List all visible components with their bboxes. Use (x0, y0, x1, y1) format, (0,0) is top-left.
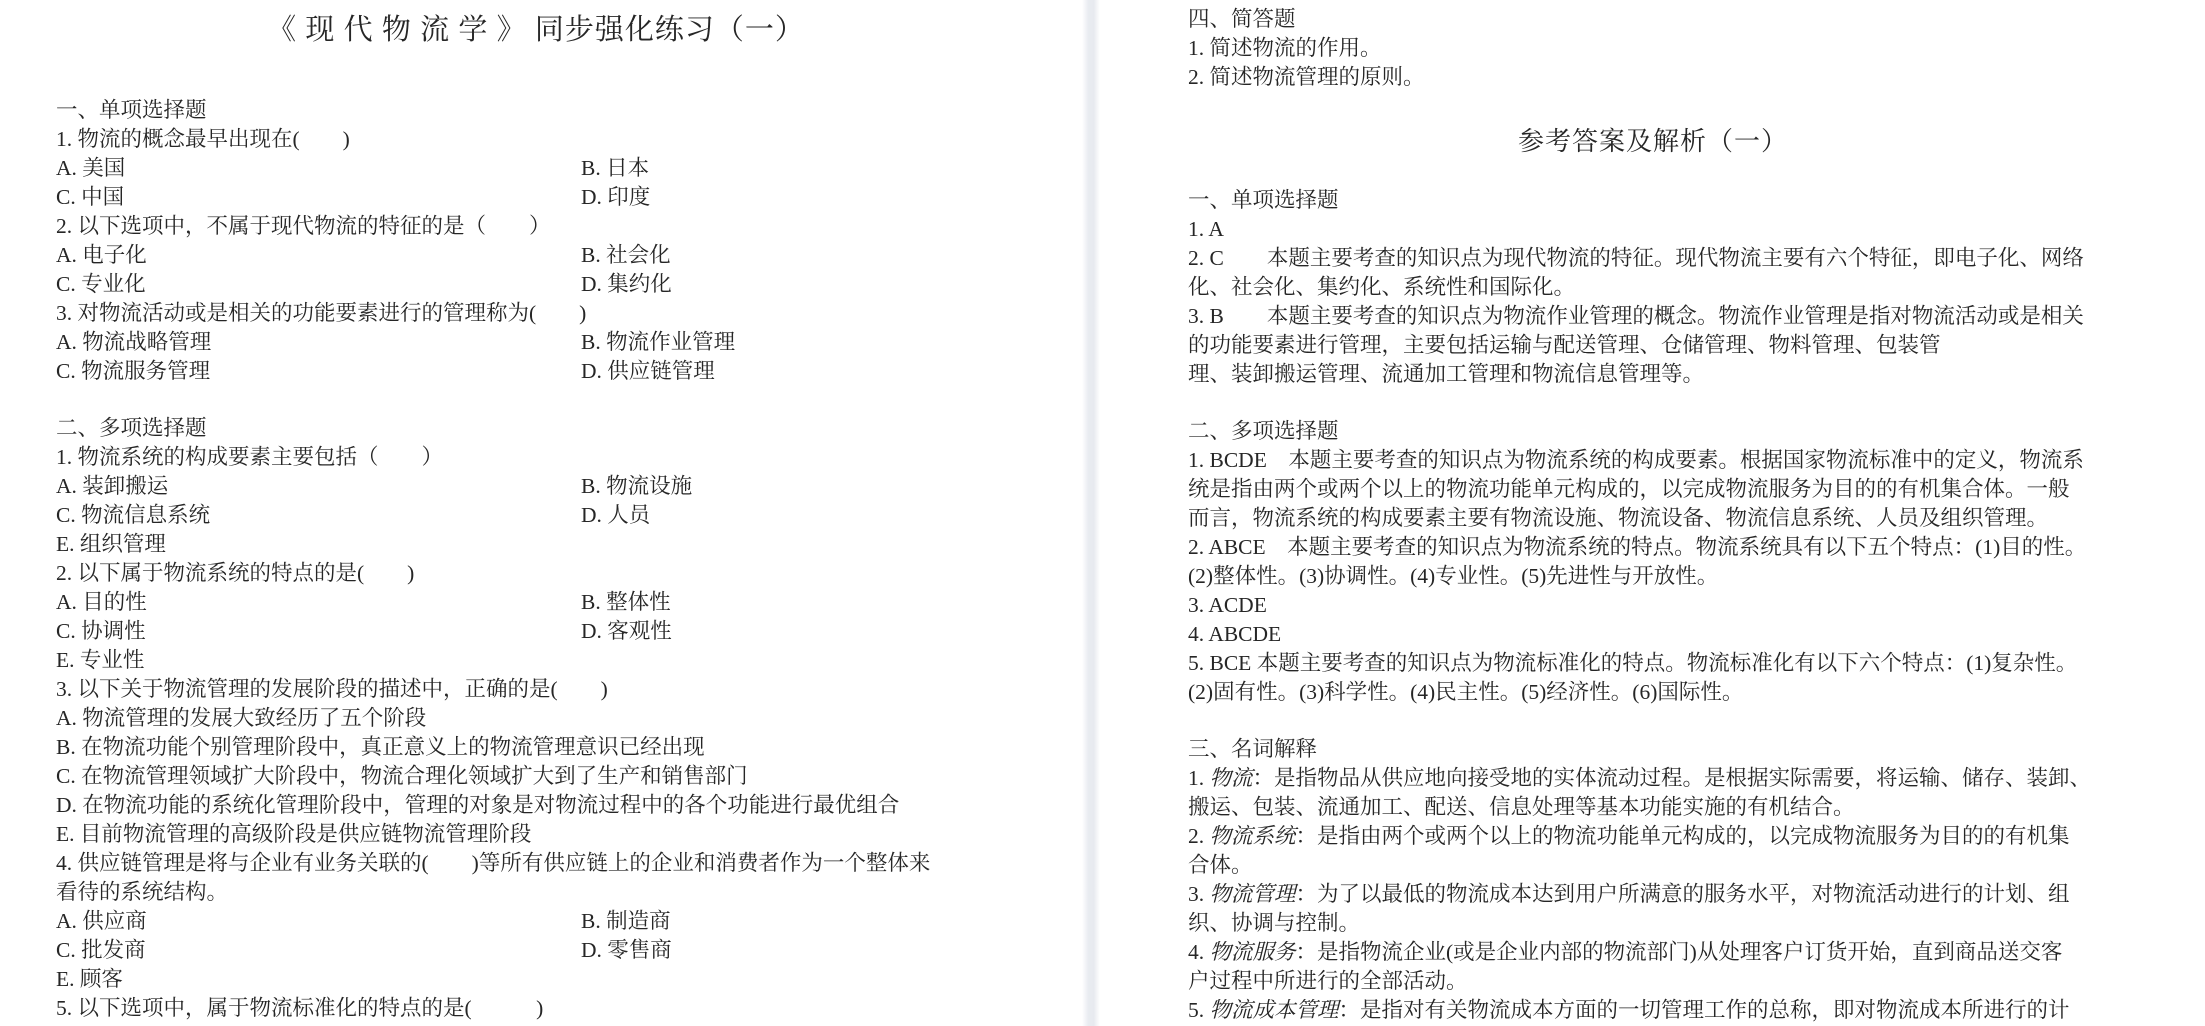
blank-space (1188, 164, 2163, 186)
section-heading: 四、简答题 (1188, 5, 2163, 34)
term-number: 5. (1188, 998, 1210, 1022)
option-b: D. 客观性 (581, 617, 672, 646)
text-line: 理、装卸搬运管理、流通加工管理和物流信息管理等。 (1188, 360, 2163, 389)
option-b: B. 制造商 (581, 907, 671, 936)
text-line: E. 组织管理 (56, 530, 1066, 559)
term-name: 物流管理 (1210, 882, 1296, 906)
term-definition: ：是指物品从供应地向接受地的实体流动过程。是根据实际需要，将运输、储存、装卸、 (1253, 766, 2092, 790)
option-a: C. 物流服务管理 (56, 359, 210, 383)
option-b: B. 物流作业管理 (581, 328, 735, 357)
option-b: D. 印度 (581, 183, 650, 212)
text-line: 统是指由两个或两个以上的物流功能单元构成的，以完成物流服务为目的的有机集合体。一… (1188, 475, 2163, 504)
text-line: 3. 对物流活动或是相关的功能要素进行的管理称为( ) (56, 299, 1066, 328)
text-line: 搬运、包装、流通加工、配送、信息处理等基本功能实施的有机结合。 (1188, 793, 2163, 822)
option-row: A. 供应商B. 制造商 (56, 907, 1066, 936)
option-b: D. 零售商 (581, 936, 672, 965)
blank-space (56, 386, 1066, 414)
text-line: 5. BCE 本题主要考查的知识点为物流标准化的特点。物流标准化有以下六个特点：… (1188, 649, 2163, 678)
text-line: 5. 以下选项中，属于物流标准化的特点的是( ) (56, 994, 1066, 1023)
term-name: 物流 (1210, 766, 1253, 790)
option-b: B. 社会化 (581, 241, 671, 270)
option-a: C. 中国 (56, 185, 124, 209)
blank-space (1188, 92, 2163, 120)
option-row: A. 美国B. 日本 (56, 154, 1066, 183)
text-line: 2. ABCE 本题主要考查的知识点为物流系统的特点。物流系统具有以下五个特点：… (1188, 533, 2163, 562)
option-a: A. 电子化 (56, 243, 147, 267)
option-row: C. 协调性D. 客观性 (56, 617, 1066, 646)
option-a: C. 物流信息系统 (56, 503, 210, 527)
option-a: A. 装卸搬运 (56, 474, 168, 498)
section-heading: 一、单项选择题 (56, 96, 1066, 125)
text-line: 而言，物流系统的构成要素主要有物流设施、物流设备、物流信息系统、人员及组织管理。 (1188, 504, 2163, 533)
text-line: E. 目前物流管理的高级阶段是供应链物流管理阶段 (56, 820, 1066, 849)
text-line: B. 在物流功能个别管理阶段中，真正意义上的物流管理意识已经出现 (56, 733, 1066, 762)
section-heading: 二、多项选择题 (56, 414, 1066, 443)
text-line: A. 物流管理的发展大致经历了五个阶段 (56, 704, 1066, 733)
option-row: C. 专业化D. 集约化 (56, 270, 1066, 299)
option-a: C. 批发商 (56, 938, 146, 962)
section-heading: 三、名词解释 (1188, 735, 2163, 764)
text-line: (2)固有性。(3)科学性。(4)民主性。(5)经济性。(6)国际性。 (1188, 678, 2163, 707)
exercise-body: 一、单项选择题1. 物流的概念最早出现在( )A. 美国B. 日本C. 中国D.… (56, 96, 1066, 1023)
term-definition: ：是指对有关物流成本方面的一切管理工作的总称，即对物流成本所进行的计 (1339, 998, 2070, 1022)
term-definition: ：是指由两个或两个以上的物流功能单元构成的，以完成物流服务为目的的有机集 (1296, 824, 2070, 848)
option-b: B. 日本 (581, 154, 649, 183)
text-line: E. 顾客 (56, 965, 1066, 994)
section-heading: 二、多项选择题 (1188, 417, 2163, 446)
term-number: 4. (1188, 940, 1210, 964)
text-line: D. 在物流功能的系统化管理阶段中，管理的对象是对物流过程中的各个功能进行最优组… (56, 791, 1066, 820)
blank-space (1188, 389, 2163, 417)
option-a: C. 协调性 (56, 619, 146, 643)
text-line: 化、社会化、集约化、系统性和国际化。 (1188, 273, 2163, 302)
blank-space (1188, 707, 2163, 735)
option-row: C. 物流服务管理D. 供应链管理 (56, 357, 1066, 386)
text-line: 2. C 本题主要考查的知识点为现代物流的特征。现代物流主要有六个特征，即电子化… (1188, 244, 2163, 273)
option-b: D. 人员 (581, 501, 650, 530)
text-line: E. 专业性 (56, 646, 1066, 675)
text-line: 的功能要素进行管理，主要包括运输与配送管理、仓储管理、物料管理、包装管 (1188, 331, 2163, 360)
text-line: (2)整体性。(3)协调性。(4)专业性。(5)先进性与开放性。 (1188, 562, 2163, 591)
term-name: 物流系统 (1210, 824, 1296, 848)
term-number: 3. (1188, 882, 1210, 906)
option-b: D. 供应链管理 (581, 357, 715, 386)
option-b: B. 物流设施 (581, 472, 692, 501)
page-title: 《 现 代 物 流 学 》 同步强化练习（一） (56, 8, 1016, 52)
text-line: 1. BCDE 本题主要考查的知识点为物流系统的构成要素。根据国家物流标准中的定… (1188, 446, 2163, 475)
option-a: C. 专业化 (56, 272, 146, 296)
text-line: 1. 物流的概念最早出现在( ) (56, 125, 1066, 154)
text-line: 织、协调与控制。 (1188, 909, 2163, 938)
option-a: A. 美国 (56, 156, 125, 180)
text-line: 3. ACDE (1188, 591, 2163, 620)
text-line: 合体。 (1188, 851, 2163, 880)
text-line: 2. 简述物流管理的原则。 (1188, 63, 2163, 92)
option-a: A. 目的性 (56, 590, 147, 614)
text-line: 3. 以下关于物流管理的发展阶段的描述中，正确的是( ) (56, 675, 1066, 704)
term-definition: ：为了以最低的物流成本达到用户所满意的服务水平，对物流活动进行的计划、组 (1296, 882, 2070, 906)
text-line: 1. 物流系统的构成要素主要包括（ ） (56, 443, 1066, 472)
text-line: 2. 以下属于物流系统的特点的是( ) (56, 559, 1066, 588)
term-number: 2. (1188, 824, 1210, 848)
option-a: A. 供应商 (56, 909, 147, 933)
option-b: B. 整体性 (581, 588, 671, 617)
page-divider (1082, 0, 1100, 1026)
text-line: 4. ABCDE (1188, 620, 2163, 649)
text-line: 1. 简述物流的作用。 (1188, 34, 2163, 63)
option-row: C. 物流信息系统D. 人员 (56, 501, 1066, 530)
text-line: 2. 以下选项中，不属于现代物流的特征的是（ ） (56, 212, 1066, 241)
text-line: 4. 供应链管理是将与企业有业务关联的( )等所有供应链上的企业和消费者作为一个… (56, 849, 1066, 878)
section-heading: 一、单项选择题 (1188, 186, 2163, 215)
term-line: 3. 物流管理：为了以最低的物流成本达到用户所满意的服务水平，对物流活动进行的计… (1188, 880, 2163, 909)
term-line: 1. 物流：是指物品从供应地向接受地的实体流动过程。是根据实际需要，将运输、储存… (1188, 764, 2163, 793)
option-row: C. 中国D. 印度 (56, 183, 1066, 212)
text-line: 3. B 本题主要考查的知识点为物流作业管理的概念。物流作业管理是指对物流活动或… (1188, 302, 2163, 331)
term-line: 5. 物流成本管理：是指对有关物流成本方面的一切管理工作的总称，即对物流成本所进… (1188, 996, 2163, 1025)
option-row: A. 目的性B. 整体性 (56, 588, 1066, 617)
option-row: A. 物流战略管理B. 物流作业管理 (56, 328, 1066, 357)
term-definition: ：是指物流企业(或是企业内部的物流部门)从处理客户订货开始，直到商品送交客 (1296, 940, 2063, 964)
term-name: 物流成本管理 (1210, 998, 1339, 1022)
text-line: 1. A (1188, 215, 2163, 244)
option-a: A. 物流战略管理 (56, 330, 211, 354)
text-line: 看待的系统结构。 (56, 878, 1066, 907)
answers-body: 四、简答题1. 简述物流的作用。2. 简述物流管理的原则。参考答案及解析（一）一… (1188, 5, 2163, 1025)
answers-page: 四、简答题1. 简述物流的作用。2. 简述物流管理的原则。参考答案及解析（一）一… (1188, 5, 2163, 1025)
option-row: A. 电子化B. 社会化 (56, 241, 1066, 270)
option-row: A. 装卸搬运B. 物流设施 (56, 472, 1066, 501)
term-name: 物流服务 (1210, 940, 1296, 964)
term-number: 1. (1188, 766, 1210, 790)
exercise-page: 《 现 代 物 流 学 》 同步强化练习（一） 一、单项选择题1. 物流的概念最… (56, 8, 1066, 1023)
term-line: 4. 物流服务：是指物流企业(或是企业内部的物流部门)从处理客户订货开始，直到商… (1188, 938, 2163, 967)
term-line: 2. 物流系统：是指由两个或两个以上的物流功能单元构成的，以完成物流服务为目的的… (1188, 822, 2163, 851)
answers-title: 参考答案及解析（一） (1188, 120, 2118, 164)
option-b: D. 集约化 (581, 270, 672, 299)
text-line: C. 在物流管理领域扩大阶段中，物流合理化领域扩大到了生产和销售部门 (56, 762, 1066, 791)
text-line: 户过程中所进行的全部活动。 (1188, 967, 2163, 996)
option-row: C. 批发商D. 零售商 (56, 936, 1066, 965)
